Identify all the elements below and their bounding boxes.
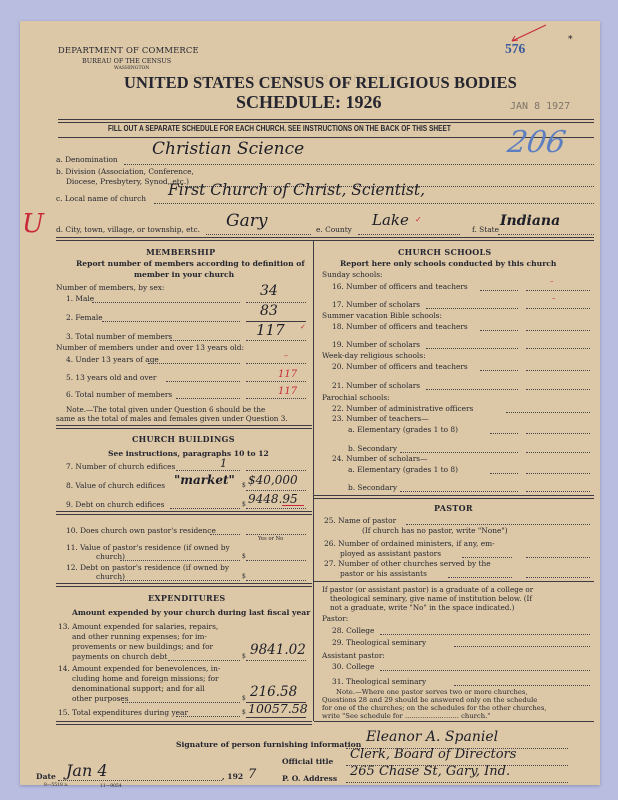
q8-value-field[interactable]: $40,000: [248, 473, 298, 487]
department-label: DEPARTMENT OF COMMERCE: [58, 45, 199, 55]
q18-dots: [480, 330, 518, 331]
bureau-label: BUREAU OF THE CENSUS: [82, 57, 171, 65]
q8-label: 8. Value of church edifices: [66, 481, 165, 490]
q21-label: 21. Number of scholars: [332, 381, 420, 390]
signature-label: Signature of person furnishing informati…: [176, 740, 361, 749]
q16-dots: [480, 290, 518, 291]
q23b-label: b. Secondary: [348, 444, 397, 453]
q3-dots: [170, 340, 240, 341]
q6-dots: [176, 398, 240, 399]
q4-dots: [148, 363, 240, 364]
q13-dots: [168, 660, 240, 661]
q22-field[interactable]: [506, 412, 590, 413]
q8-value-dollar: $: [248, 473, 256, 487]
q24a-dots: [490, 473, 518, 474]
q7-edifices-field[interactable]: 1: [220, 457, 227, 470]
schools-heading: CHURCH SCHOOLS: [398, 247, 492, 257]
q16-answer-line: [526, 290, 590, 291]
q11-residence-value-field[interactable]: [246, 560, 306, 561]
q31-assistant-seminary-field[interactable]: [454, 685, 590, 686]
denomination-line: [124, 164, 594, 165]
q9-dots: [170, 508, 240, 509]
schools-subheading: Report here only schools conducted by th…: [340, 259, 556, 268]
q27-line-1: 27. Number of other churches served by t…: [324, 559, 491, 568]
red-correction-mark: [282, 505, 304, 506]
q16-field[interactable]: –: [550, 277, 554, 285]
po-address-line: [346, 782, 568, 783]
q17-answer-line: [526, 308, 590, 309]
q23-label: 23. Number of teachers—: [332, 414, 429, 423]
q28-label: 28. College: [332, 626, 374, 635]
q2-label: 2. Female: [66, 313, 103, 322]
q13-salaries-field[interactable]: 9841.02: [250, 642, 306, 658]
q20-field[interactable]: [526, 370, 590, 371]
q7-answer-line: [246, 470, 306, 471]
q30-label: 30. College: [332, 662, 374, 671]
county-label: e. County: [316, 225, 352, 234]
membership-note-2: same as the total of males and females g…: [56, 414, 288, 423]
q11-dollar-sign: $: [242, 553, 246, 560]
q24b-dots: [400, 491, 518, 492]
q14-line-1: 14. Amount expended for benevolences, in…: [58, 664, 220, 673]
q13-line-3: provements or new buildings; and for: [72, 642, 213, 651]
local-name-label: c. Local name of church: [56, 194, 146, 203]
q24b-label: b. Secondary: [348, 483, 397, 492]
q12-residence-debt-field[interactable]: [246, 580, 306, 581]
column-divider: [313, 240, 314, 721]
q19-label: 19. Number of scholars: [332, 340, 420, 349]
date-field[interactable]: Jan 4: [66, 761, 108, 780]
q1-male-field[interactable]: 34: [260, 283, 278, 299]
red-check-icon: ✓: [415, 215, 422, 224]
city-line: [206, 234, 311, 235]
official-title-field[interactable]: Clerk, Board of Directors: [350, 747, 516, 762]
residence-rule: [56, 583, 312, 587]
q10-label: 10. Does church own pastor's residence: [66, 526, 216, 535]
q3-label: 3. Total number of members: [66, 332, 172, 341]
q17-field[interactable]: –: [552, 294, 556, 302]
state-field[interactable]: Indiana: [500, 213, 560, 229]
membership-rule: [56, 425, 312, 429]
q5-dots: [166, 381, 240, 382]
official-title-label: Official title: [282, 757, 333, 766]
assistant-pastor-label: Assistant pastor:: [322, 651, 385, 660]
form-code: 8—5518 a.: [44, 783, 68, 788]
q23a-dots: [490, 433, 518, 434]
q7-label: 7. Number of church edifices: [66, 462, 175, 471]
q13-line-2: and other running expenses; for im-: [72, 632, 207, 641]
pastor-note-3: for one of the churches; on the schedule…: [322, 704, 546, 712]
q14-line-3: denominational support; and for all: [72, 684, 205, 693]
q14-benevolences-field[interactable]: 216.58: [250, 684, 297, 700]
q6-answer-line: [246, 398, 306, 399]
q15-label: 15. Total expenditures during year: [58, 708, 188, 717]
pastor-rule: [314, 581, 594, 582]
q14-line-4: other purposes: [72, 694, 129, 703]
q13-answer-line: [246, 660, 306, 661]
by-sex-label: Number of members, by sex:: [56, 283, 164, 292]
age-label: Number of members under and over 13 year…: [56, 343, 244, 352]
graduate-instructions-1: If pastor (or assistant pastor) is a gra…: [322, 585, 533, 594]
q9-debt-field[interactable]: 9448.95: [248, 492, 298, 506]
po-address-field[interactable]: 265 Chase St, Gary, Ind.: [350, 764, 510, 779]
pastor-note-1: Note.—Where one pastor serves two or mor…: [336, 688, 528, 696]
q19-dots: [426, 348, 518, 349]
red-check-icon: ✓: [300, 323, 306, 331]
local-name-line: [154, 203, 594, 204]
year-field[interactable]: 7: [248, 767, 256, 782]
city-field-label: d. City, town, village, or township, etc…: [56, 225, 200, 234]
q14-line-2: cluding home and foreign missions; for: [72, 674, 219, 683]
q19-field[interactable]: [526, 348, 590, 349]
q28-pastor-college-field[interactable]: [380, 634, 590, 635]
city-label: WASHINGTON: [114, 66, 149, 71]
q24-label: 24. Number of scholars—: [332, 454, 428, 463]
q21-field[interactable]: [526, 389, 590, 390]
denomination-field[interactable]: Christian Science: [152, 139, 304, 159]
weekday-label: Week-day religious schools:: [322, 351, 426, 360]
q10-hint: Yes or No: [258, 536, 283, 542]
q27-line-2: pastor or his assistants: [340, 569, 427, 578]
summer-label: Summer vacation Bible schools:: [322, 311, 442, 320]
q12-label-1: 12. Debt on pastor's residence (if owned…: [66, 563, 229, 572]
q3-total-field[interactable]: 117: [256, 321, 285, 339]
q29-label: 29. Theological seminary: [332, 638, 426, 647]
corner-mark: *: [568, 35, 573, 45]
pastor-label: Pastor:: [322, 614, 348, 623]
pastor-bottom-rule: [314, 721, 594, 722]
q14-dollar-sign: $: [242, 695, 246, 702]
q5-answer-line: [246, 381, 306, 382]
header-rule: [58, 119, 594, 123]
census-schedule-form: ƎJUDƎHƆS TUO ƊИIJJIꟻ ЯOꟻ SИOITƆUЯTƧИI DE…: [20, 21, 600, 785]
q8-market-annotation: "market": [174, 473, 235, 487]
q26-line-2: ployed as assistant pastors: [340, 549, 441, 558]
q15-dots: [176, 716, 240, 717]
q14-dots: [122, 702, 240, 703]
q12-dollar-sign: $: [242, 573, 246, 580]
q13-dollar-sign: $: [242, 653, 246, 660]
q24a-label: a. Elementary (grades 1 to 8): [348, 465, 458, 474]
q24b-field[interactable]: [526, 491, 590, 492]
q9-label: 9. Debt on church edifices: [66, 500, 164, 509]
sunday-label: Sunday schools:: [322, 270, 382, 279]
q23a-label: a. Elementary (grades 1 to 8): [348, 425, 458, 434]
parochial-label: Parochial schools:: [322, 393, 390, 402]
local-name-field[interactable]: First Church of Christ, Scientist,: [168, 181, 425, 199]
q18-label: 18. Number of officers and teachers: [332, 322, 468, 331]
q1-dots: [92, 302, 240, 303]
city-field[interactable]: Gary: [226, 211, 267, 231]
denomination-label: a. Denomination: [56, 155, 118, 164]
q7-dots: [176, 470, 240, 471]
identification-rule: [56, 237, 594, 241]
red-check-arrow-icon: [508, 23, 548, 45]
buildings-subheading: See instructions, paragraphs 10 to 12: [108, 449, 269, 458]
q8-value-text: 40,000: [256, 473, 298, 487]
q27-dots: [448, 577, 512, 578]
q11-dots: [120, 560, 240, 561]
expenditures-rule: [56, 721, 312, 725]
graduate-instructions-2: theological seminary, give name of insti…: [330, 594, 532, 603]
q13-line-1: 13. Amount expended for salaries, repair…: [58, 622, 218, 631]
membership-subheading-1: Report number of members according to de…: [76, 259, 305, 268]
q4-under-13-field[interactable]: –: [284, 351, 288, 360]
q13-line-4: payments on church debt: [72, 652, 167, 661]
q20-label: 20. Number of officers and teachers: [332, 362, 468, 371]
buildings-heading: CHURCH BUILDINGS: [132, 434, 235, 444]
q22-label: 22. Number of administrative officers: [332, 404, 473, 413]
q2-dots: [102, 321, 240, 322]
q23a-field[interactable]: [526, 433, 590, 434]
county-line: [358, 234, 460, 235]
q11-label-1: 11. Value of pastor's residence (if owne…: [66, 543, 230, 552]
po-address-label: P. O. Address: [282, 774, 337, 783]
pastor-heading: PASTOR: [434, 503, 473, 513]
q25-pastor-name-field[interactable]: [406, 524, 590, 525]
division-label-1: b. Division (Association, Conference,: [56, 167, 194, 176]
q9-dollar-sign: $: [242, 501, 246, 508]
q29-pastor-seminary-field[interactable]: [454, 646, 590, 647]
q17-label: 17. Number of scholars: [332, 300, 420, 309]
state-label: f. State: [472, 225, 499, 234]
q15-answer-line: [246, 717, 306, 718]
print-code: 11—9054: [100, 784, 122, 789]
q5-label: 5. 13 years old and over: [66, 373, 156, 382]
signature-field[interactable]: Eleanor A. Spaniel: [366, 729, 498, 745]
q23b-field[interactable]: [526, 452, 590, 453]
membership-heading: MEMBERSHIP: [146, 247, 215, 257]
q15-total-field[interactable]: 10057.58: [248, 701, 308, 716]
q26-dots: [462, 557, 512, 558]
q10-residence-field[interactable]: [246, 534, 306, 535]
q30-assistant-college-field[interactable]: [380, 670, 590, 671]
date-label: Date: [36, 772, 56, 781]
q6-total-field[interactable]: 117: [278, 386, 297, 397]
q31-label: 31. Theological seminary: [332, 677, 426, 686]
q21-dots: [426, 389, 518, 390]
q27-field[interactable]: [526, 577, 590, 578]
expenditures-heading: EXPENDITURES: [148, 593, 225, 603]
schools-rule: [314, 495, 594, 499]
q3-answer-line: [246, 340, 306, 341]
q12-dots: [120, 580, 240, 581]
q26-line-1: 26. Number of ordained ministers, if any…: [324, 539, 495, 548]
county-field[interactable]: Lake: [372, 211, 409, 229]
q8-answer-line: [246, 490, 306, 491]
q16-label: 16. Number of officers and teachers: [332, 282, 468, 291]
state-line: [498, 234, 594, 235]
q20-dots: [480, 370, 518, 371]
q25-hint: (If church has no pastor, write "None"): [362, 526, 508, 535]
schedule-title: SCHEDULE: 1926: [236, 92, 382, 113]
q24a-field[interactable]: [526, 473, 590, 474]
membership-subheading-2: member in your church: [134, 270, 234, 279]
pastor-note-2: Questions 28 and 29 should be answered o…: [322, 696, 537, 704]
pastor-note-4: write "See schedule for ................…: [322, 712, 490, 720]
q5-over-13-field[interactable]: 117: [278, 369, 297, 380]
form-title: UNITED STATES CENSUS OF RELIGIOUS BODIES: [124, 73, 517, 93]
q8-dollar-sign: $: [242, 482, 246, 489]
q26-field[interactable]: [526, 557, 590, 558]
expenditures-subheading: Amount expended by your church during la…: [72, 608, 310, 617]
q15-dollar-sign: $: [242, 709, 246, 716]
q18-field[interactable]: [526, 330, 590, 331]
q4-label: 4. Under 13 years of age: [66, 355, 159, 364]
graduate-instructions-3: not a graduate, write "No" in the space …: [330, 603, 514, 612]
q17-dots: [426, 308, 518, 309]
q2-female-field[interactable]: 83: [260, 303, 278, 319]
received-date-stamp: JAN 8 1927: [510, 101, 570, 112]
q10-dots: [210, 534, 240, 535]
year-prefix: , 192: [222, 772, 243, 781]
file-number-handwritten: 206: [505, 125, 568, 160]
q1-label: 1. Male: [66, 294, 94, 303]
instructions-banner: FILL OUT A SEPARATE SCHEDULE FOR EACH CH…: [108, 124, 451, 133]
q23b-dots: [400, 452, 518, 453]
q25-label: 25. Name of pastor: [324, 516, 396, 525]
q9-answer-line: [246, 508, 306, 509]
date-line: [58, 780, 222, 781]
buildings-rule: [56, 511, 312, 515]
q6-label: 6. Total number of members: [66, 390, 172, 399]
margin-mark: U: [22, 209, 44, 239]
q4-answer-line: [246, 363, 306, 364]
membership-note-1: Note.—The total given under Question 6 s…: [66, 405, 265, 414]
